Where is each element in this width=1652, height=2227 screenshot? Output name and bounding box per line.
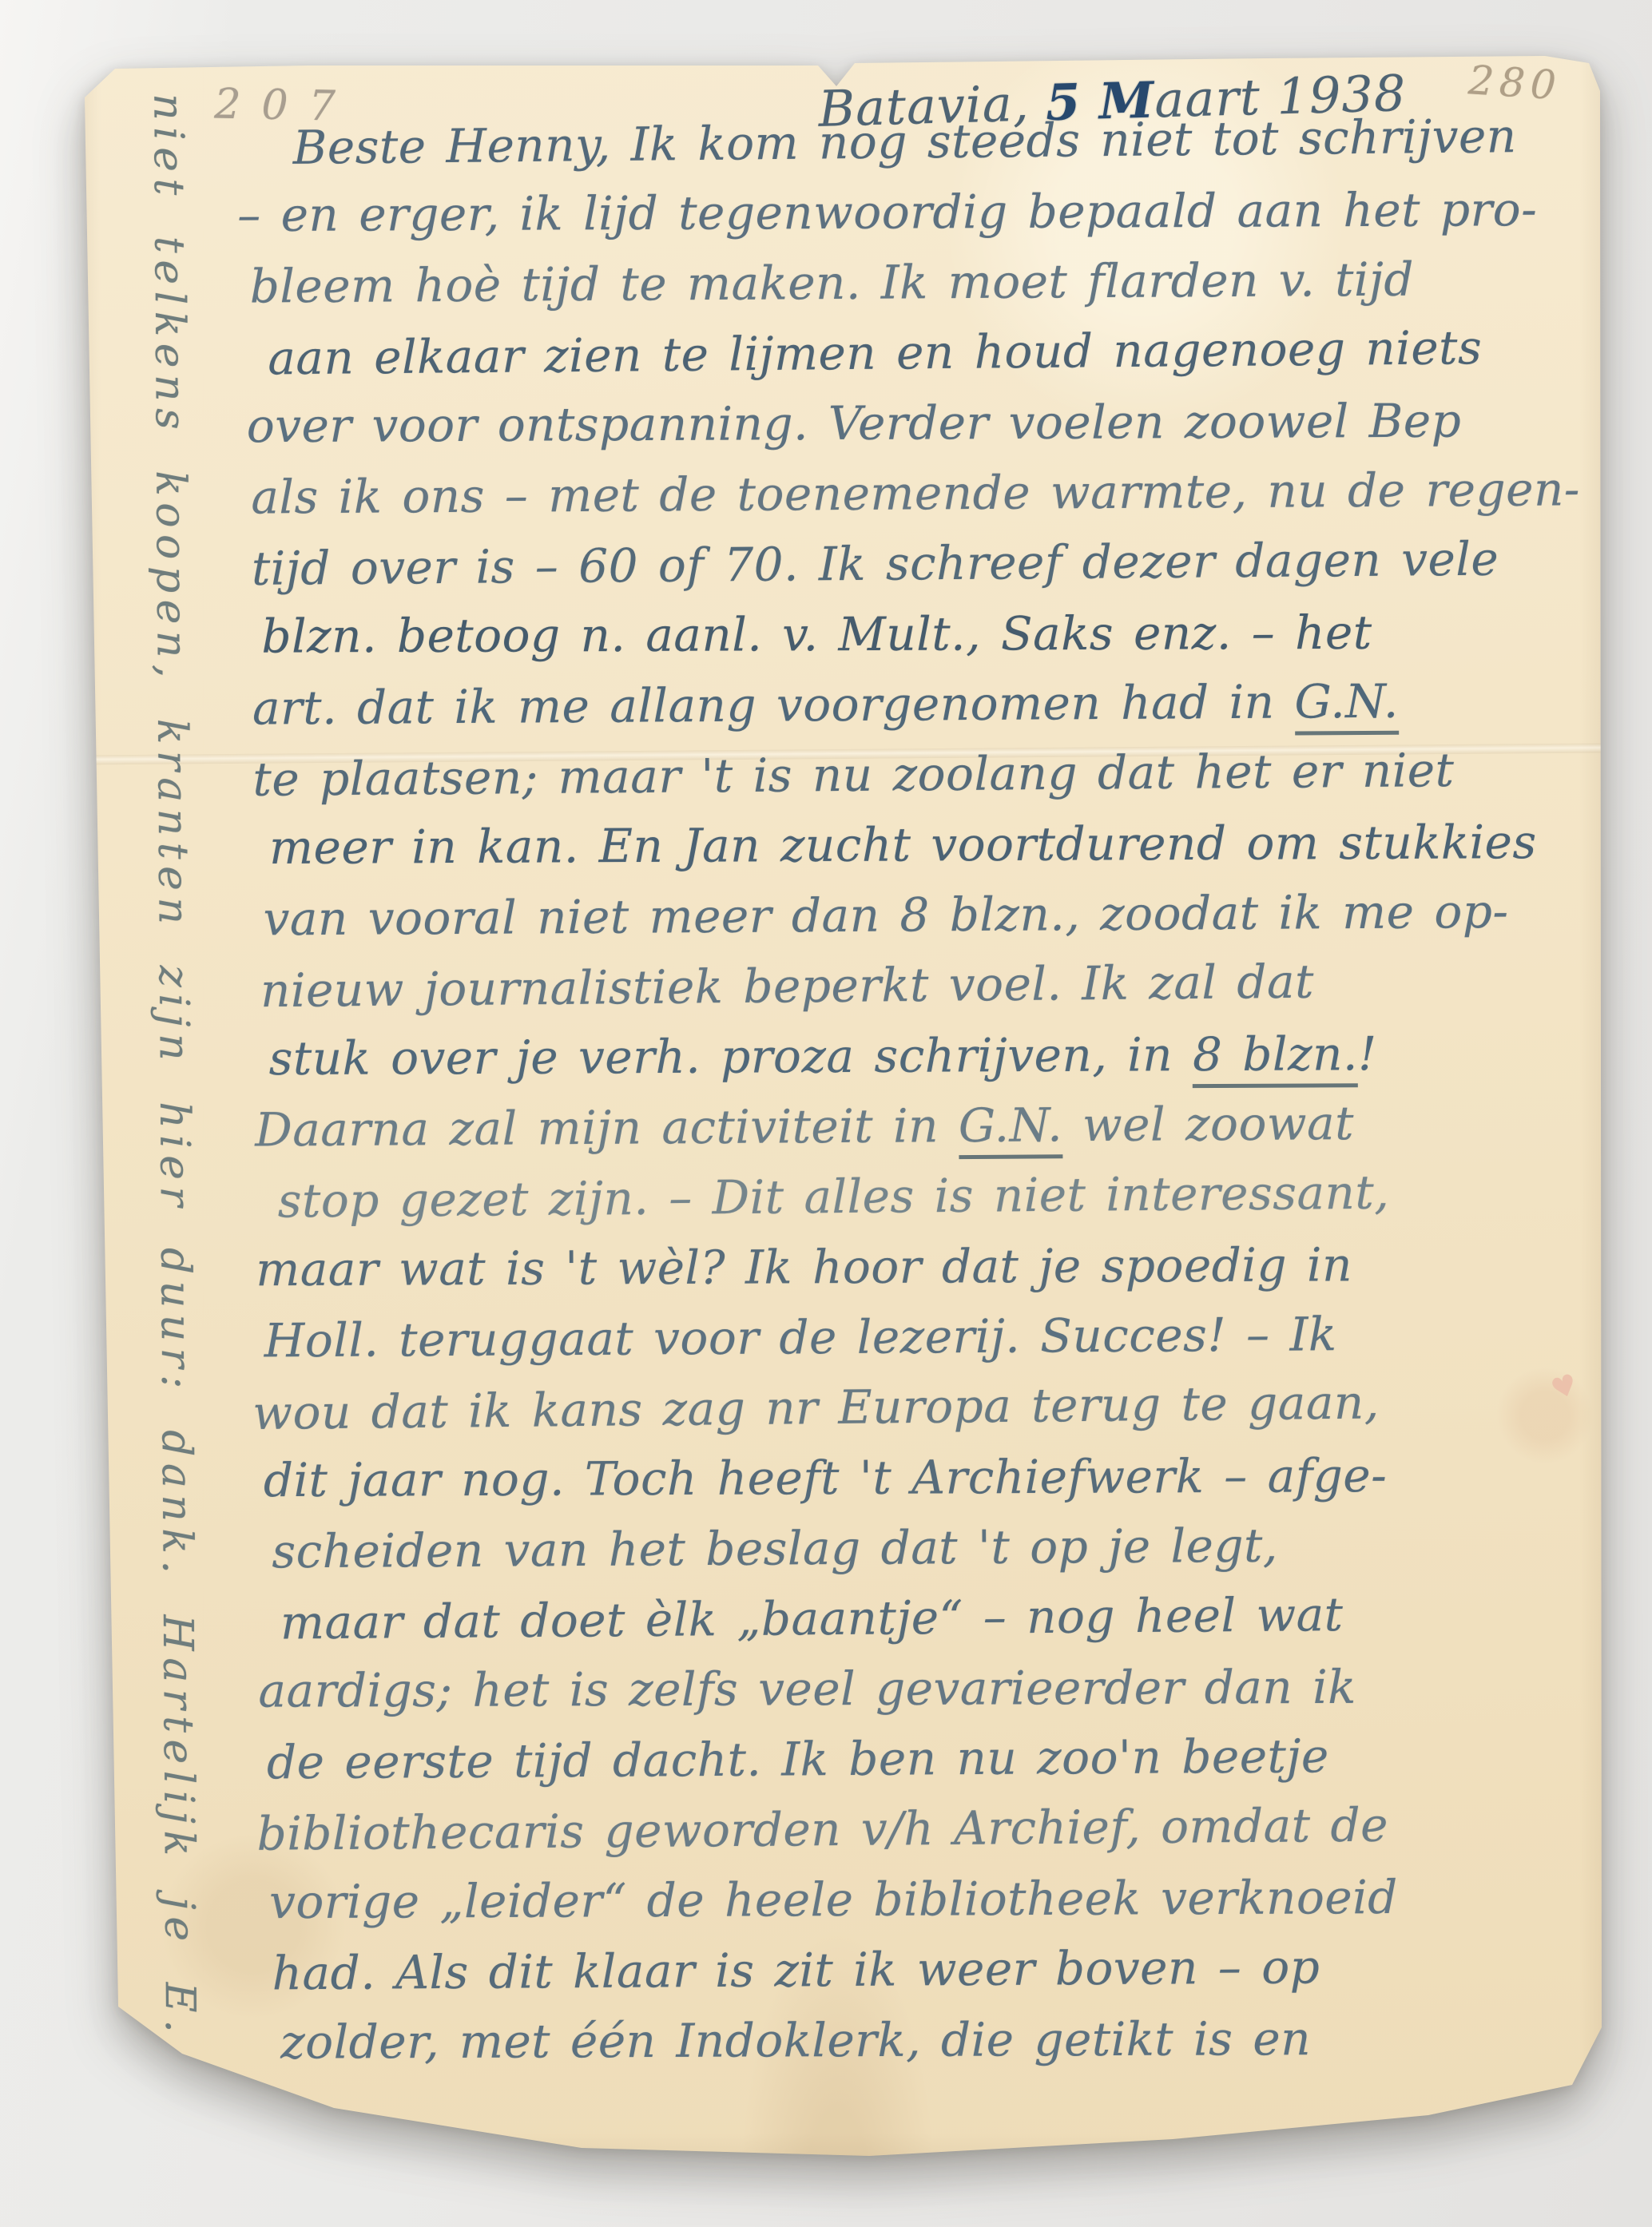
- letter-line: wou dat ik kans zag nr Europa terug te g…: [252, 1372, 1380, 1443]
- letter-line: bibliothecaris geworden v/h Archief, omd…: [256, 1795, 1388, 1864]
- underlined-text: G.N.: [959, 1098, 1063, 1159]
- letter-line: had. Als dit klaar is zit ik weer boven …: [272, 1936, 1320, 2003]
- letter-line: vorige „leider“ de heele bibliotheek ver…: [269, 1867, 1398, 1932]
- letter-line: nieuw journalistiek beperkt voel. Ik zal…: [260, 951, 1314, 1022]
- letter-line: als ik ons – met de toenemende warmte, n…: [251, 458, 1580, 527]
- letter-line: maar wat is 't wèl? Ik hoor dat je spoed…: [256, 1234, 1352, 1300]
- letter-line: Daarna zal mijn activiteit in G.N. wel z…: [255, 1093, 1354, 1160]
- background: 207 280 Batavia, 5 Maart 1938 Beste Henn…: [0, 0, 1652, 2227]
- letter-line: – en erger, ik lijd tegenwoordig bepaald…: [237, 179, 1537, 245]
- letter-line: over voor ontspanning. Verder voelen zoo…: [247, 391, 1462, 457]
- letter-line: stuk over je verh. proza schrijven, in 8…: [268, 1023, 1376, 1089]
- letter-line: zolder, met één Indoklerk, die getikt is…: [280, 2008, 1311, 2073]
- letter-line: blzn. betoog n. aanl. v. Mult., Saks enz…: [261, 602, 1372, 667]
- letter-line: bleem hoè tijd te maken. Ik moet flarden…: [250, 249, 1415, 317]
- underlined-text: G.N.: [1294, 674, 1399, 736]
- letter-line: tijd over is – 60 of 70. Ik schreef deze…: [252, 529, 1499, 599]
- letter-body: Beste Henny, Ik kom nog steeds niet tot …: [69, 51, 1619, 2185]
- letter-line: van vooral niet meer dan 8 blzn., zoodat…: [263, 881, 1508, 950]
- letter-line: meer in kan. En Jan zucht voortdurend om…: [269, 812, 1537, 878]
- paper-sheet: 207 280 Batavia, 5 Maart 1938 Beste Henn…: [69, 56, 1606, 2181]
- letter-line: de eerste tijd dacht. Ik ben nu zoo'n be…: [267, 1725, 1329, 1792]
- letter-line: te plaatsen; maar 't is nu zoolang dat h…: [252, 740, 1454, 810]
- letter-line: scheiden van het beslag dat 't op je leg…: [272, 1515, 1278, 1582]
- letter-line: Holl. teruggaat voor de lezerij. Succes!…: [264, 1304, 1337, 1371]
- letter-line: aan elkaar zien te lijmen en houd nageno…: [268, 317, 1483, 388]
- letter-paper: 207 280 Batavia, 5 Maart 1938 Beste Henn…: [69, 56, 1606, 2181]
- letter-line: maar dat doet èlk „baantje“ – nog heel w…: [280, 1584, 1344, 1653]
- letter-line: stop gezet zijn. – Dit alles is niet int…: [277, 1162, 1389, 1232]
- letter-line: aardigs; het is zelfs veel gevarieerder …: [258, 1657, 1356, 1721]
- letter-line: Beste Henny, Ik kom nog steeds niet tot …: [292, 105, 1517, 178]
- underlined-text: 8 blzn.: [1193, 1026, 1358, 1088]
- letter-line: dit jaar nog. Toch heeft 't Archiefwerk …: [264, 1445, 1388, 1510]
- letter-line: art. dat ik me allang voorgenomen had in…: [252, 671, 1399, 739]
- ink-layer: 207 280 Batavia, 5 Maart 1938 Beste Henn…: [69, 51, 1619, 2185]
